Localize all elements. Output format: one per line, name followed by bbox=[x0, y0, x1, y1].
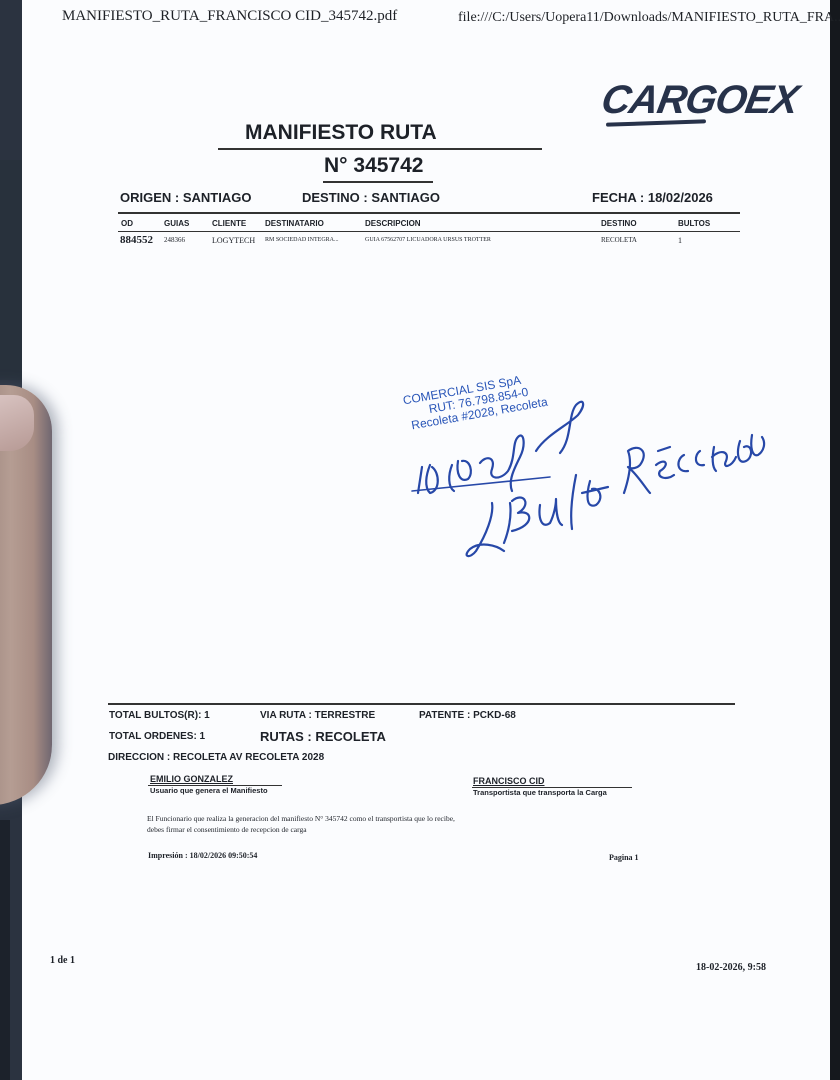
col-header-destino: DESTINO bbox=[601, 219, 637, 228]
carrier-role: Transportista que transporta la Carga bbox=[473, 788, 607, 797]
carrier-name: FRANCISCO CID bbox=[473, 776, 545, 786]
print-header-file-title: MANIFIESTO_RUTA_FRANCISCO CID_345742.pdf bbox=[62, 8, 397, 25]
cell-cliente: LOGYTECH bbox=[212, 236, 255, 245]
col-header-descripcion: DESCRIPCION bbox=[365, 219, 421, 228]
col-header-cliente: CLIENTE bbox=[212, 219, 246, 228]
col-header-od: OD bbox=[121, 219, 133, 228]
total-ordenes: TOTAL ORDENES: 1 bbox=[109, 731, 205, 742]
manifest-number: N° 345742 bbox=[324, 154, 423, 178]
total-bultos: TOTAL BULTOS(R): 1 bbox=[109, 710, 210, 721]
print-timestamp: Impresión : 18/02/2026 09:50:54 bbox=[148, 851, 257, 860]
rutas: RUTAS : RECOLETA bbox=[260, 729, 386, 744]
direccion: DIRECCION : RECOLETA AV RECOLETA 2028 bbox=[108, 752, 324, 763]
table-top-rule bbox=[118, 212, 740, 214]
table-header-rule bbox=[118, 231, 740, 232]
col-header-destinatario: DESTINATARIO bbox=[265, 219, 324, 228]
generator-role: Usuario que genera el Manifiesto bbox=[150, 786, 268, 795]
background-left-bottom bbox=[0, 820, 10, 1080]
patente: PATENTE : PCKD-68 bbox=[419, 710, 516, 721]
cell-bultos: 1 bbox=[678, 236, 682, 245]
cargoex-logo: CARGOEX bbox=[598, 78, 801, 123]
summary-top-rule bbox=[108, 703, 735, 705]
print-footer-datetime: 18-02-2026, 9:58 bbox=[696, 962, 766, 973]
cell-od: 884552 bbox=[120, 234, 153, 246]
print-header-file-url: file:///C:/Users/Uopera11/Downloads/MANI… bbox=[458, 10, 840, 26]
col-header-bultos: BULTOS bbox=[678, 219, 710, 228]
destino: DESTINO : SANTIAGO bbox=[302, 190, 440, 205]
generator-name: EMILIO GONZALEZ bbox=[150, 774, 233, 784]
handwritten-receipt bbox=[400, 395, 790, 565]
title-underline bbox=[218, 148, 542, 150]
note-line-2: debes firmar el consentimiento de recepc… bbox=[147, 824, 307, 835]
cell-guias: 248366 bbox=[164, 236, 185, 244]
col-header-guias: GUIAS bbox=[164, 219, 189, 228]
cell-destinatario: RM SOCIEDAD INTEGRA... bbox=[265, 237, 339, 243]
fecha: FECHA : 18/02/2026 bbox=[592, 190, 713, 205]
note-line-1: El Funcionario que realiza la generacion… bbox=[147, 813, 455, 824]
cell-descripcion: GUIA 67562707 LICUADORA URSUS TROTTER bbox=[365, 237, 491, 243]
via-ruta: VIA RUTA : TERRESTRE bbox=[260, 710, 375, 721]
number-underline bbox=[323, 181, 433, 183]
page-label: Pagina 1 bbox=[609, 853, 639, 862]
background-right bbox=[830, 0, 840, 1080]
document-title: MANIFIESTO RUTA bbox=[245, 121, 437, 145]
origen: ORIGEN : SANTIAGO bbox=[120, 190, 251, 205]
cell-destino: RECOLETA bbox=[601, 236, 637, 244]
print-footer-page-count: 1 de 1 bbox=[50, 955, 75, 966]
